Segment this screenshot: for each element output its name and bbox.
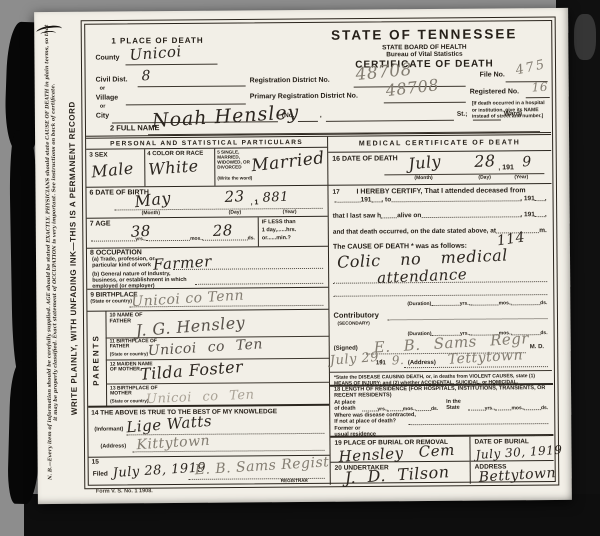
informant-block: 14 THE ABOVE IS TRUE TO THE BEST OF MY K… <box>88 406 329 458</box>
dotted-line <box>173 268 323 270</box>
if-less-line2: 1 day,......hrs. <box>262 228 296 234</box>
rule <box>526 97 550 98</box>
contributory-label: Contributory <box>333 311 378 319</box>
dotted-line <box>129 305 323 308</box>
year-caption: (Year) <box>514 175 528 180</box>
medical-column: MEDICAL CERTIFICATE OF DEATH 16 DATE OF … <box>328 135 554 485</box>
certificate-title: CERTIFICATE OF DEATH <box>313 59 535 72</box>
dotted-line <box>512 304 541 305</box>
marital-note: (Write the word) <box>217 176 252 181</box>
dotted-line <box>408 423 548 425</box>
date-of-birth-row: 6 DATE OF BIRTH May 23 , 1 881 (Month) (… <box>86 186 327 219</box>
write-plainly-note: WRITE PLAINLY, WITH UNFADING INK—THIS IS… <box>68 48 80 468</box>
signed-address-caption: (Address) <box>408 360 436 367</box>
county-label: County <box>95 54 119 62</box>
if-less-cell: IF LESS than 1 day,......hrs. or......mi… <box>258 217 328 247</box>
informant-caption: (Informant) <box>94 427 123 433</box>
printed-comma: , <box>545 195 547 202</box>
father-birthplace-value: Unicoi co Ten <box>147 337 263 358</box>
rule <box>326 120 454 122</box>
certificate-body: PERSONAL AND STATISTICAL PARTICULARS 3 S… <box>86 135 554 487</box>
dotted-line <box>381 217 397 218</box>
rule <box>384 102 466 104</box>
city-label: City <box>96 113 109 121</box>
filed-signature-value: E. B. Sams Regist <box>194 455 329 477</box>
address-caption: (Address) <box>100 444 126 450</box>
alive-text: alive on <box>397 212 421 219</box>
occurred-text: and that death occurred, on the date sta… <box>333 227 496 235</box>
sex-value: Male <box>91 161 135 181</box>
undertaker-address-value: Bettytown <box>478 466 556 485</box>
race-cell: 4 COLOR OR RACE White <box>145 149 215 187</box>
or-label: or <box>100 87 106 93</box>
yrs-caption: yrs., <box>485 406 495 411</box>
registered-no-value: 16 <box>531 81 548 94</box>
printed-m: m. <box>539 227 547 234</box>
yrs-caption: yrs., <box>135 237 145 242</box>
dotted-line <box>391 200 520 202</box>
dotted-line <box>91 240 135 241</box>
printed-191: , 191 <box>520 195 535 202</box>
filed-block: 15 Filed July 28, 1919 E. B. Sams Regist… <box>89 456 330 487</box>
dotted-line <box>535 200 545 201</box>
dotted-line <box>535 216 545 217</box>
scanned-death-certificate-page: { "colors":{"background":"#8d8d8d","pape… <box>0 0 600 536</box>
yrs-caption: yrs., <box>460 301 470 306</box>
occupation-b-label: (b) General nature of Industry, business… <box>92 272 192 291</box>
in-the-line2: State <box>446 406 459 412</box>
dod-year-value: 9 <box>522 155 532 169</box>
dotted-line <box>468 410 484 411</box>
dotted-line <box>416 410 431 411</box>
year-printed: 191 <box>376 360 386 367</box>
informant-address-value: Kittytown <box>136 434 210 452</box>
dotted-line <box>388 318 548 320</box>
signed-address-value: Tettytown <box>447 348 523 367</box>
hospital-note: [If death occurred in a hospital or inst… <box>472 100 550 120</box>
certificate-paper: N. B.—Every item of information should b… <box>34 8 572 504</box>
burial-place-cell: 19 PLACE OF BURIAL OR REMOVAL Hensley Ce… <box>330 437 470 462</box>
ds-caption: ds. <box>540 331 547 336</box>
ds-caption: ds. <box>541 406 548 411</box>
form-number: Form V. S. No. 1 1908. <box>96 489 153 495</box>
dob-year-printed: , 1 <box>251 199 259 207</box>
or-label: or <box>100 105 106 111</box>
year-caption: (Year) <box>283 210 297 215</box>
dotted-line <box>133 450 325 453</box>
sex-cell: 3 SEX Male <box>86 149 145 186</box>
personal-column: PERSONAL AND STATISTICAL PARTICULARS 3 S… <box>86 137 331 487</box>
month-caption: (Month) <box>142 211 160 217</box>
registered-no-label: Registered No. <box>470 88 519 96</box>
mos-caption: mos., <box>511 406 524 411</box>
undertaker-cell: 20 UNDERTAKER J. D. Tilson <box>331 462 471 485</box>
marital-cell: 5 SINGLE, MARRIED, WIDOWED, OR DIVORCED … <box>215 148 327 186</box>
state-or-country-caption: (State or country) <box>90 299 132 305</box>
dob-month-value: May <box>134 190 172 210</box>
dotted-line <box>371 201 381 202</box>
rule <box>106 382 330 385</box>
full-name-value: Noah Hensley <box>151 103 299 131</box>
burial-date-cell: DATE OF BURIAL July 30, 1919 <box>470 436 553 461</box>
ds-caption: ds. <box>540 301 547 306</box>
rule <box>125 64 217 66</box>
street-label: St.; <box>457 111 468 118</box>
residence-block: 18 LENGTH OF RESIDENCE (FOR HOSPITALS, I… <box>330 385 553 438</box>
dotted-line <box>335 202 361 203</box>
dob-year-value: 881 <box>262 191 289 205</box>
certify-blank-line1: 191 , to , 191 , <box>335 192 547 204</box>
dotted-line <box>495 409 511 410</box>
in-state-values: yrs., mos., ds. <box>468 403 548 412</box>
dotted-line <box>404 366 548 368</box>
filed-date-value: July 28, 1919 <box>112 461 206 480</box>
date-of-death-label: 16 DATE OF DEATH <box>332 155 398 163</box>
printed-191: 191 <box>361 196 372 203</box>
dotted-line <box>431 305 460 306</box>
undertaker-address-cell: ADDRESS Bettytown <box>471 461 554 484</box>
printed-191: , 191 <box>520 211 535 218</box>
county-value: Unicoi <box>129 44 182 63</box>
rule <box>138 85 246 87</box>
duration-line: (Duration) yrs., mos., ds. <box>407 297 547 307</box>
date-of-death-row: 16 DATE OF DEATH July 28 , 191 9 (Month)… <box>328 151 551 186</box>
secondary-caption: (SECONDARY) <box>338 321 370 326</box>
primary-district-value: 48708 <box>385 77 440 99</box>
civil-dist-label: Civil Dist. <box>96 76 128 84</box>
medical-section-title: MEDICAL CERTIFICATE OF DEATH <box>328 135 551 153</box>
burial-date-value: July 30, 1919 <box>475 444 562 461</box>
duration-caption: (Duration) <box>407 302 431 308</box>
dotted-line <box>203 239 247 240</box>
dotted-line <box>388 410 403 411</box>
mother-birthplace-value: Unicoi co Ten <box>146 389 255 407</box>
informant-value: Lige Watts <box>126 414 213 436</box>
age-label: 7 AGE <box>90 221 111 229</box>
dod-month-value: July <box>408 154 442 173</box>
registrar-caption: REGISTRAR <box>281 479 308 484</box>
mos-caption: mos., <box>499 301 512 306</box>
dob-day-value: 23 <box>224 189 245 205</box>
if-less-line1: IF LESS than <box>262 220 296 226</box>
scan-artifact-smudge <box>574 14 596 60</box>
parents-caption: PARENTS <box>92 320 101 400</box>
burial-row: 19 PLACE OF BURIAL OR REMOVAL Hensley Ce… <box>330 436 553 463</box>
item-15-label: 15 <box>92 459 99 466</box>
father-birthplace-caption: (State or country) <box>110 352 148 357</box>
margin-note: N. B.—Every item of information should b… <box>44 22 60 482</box>
village-label: Village <box>96 94 119 102</box>
dotted-line <box>362 410 377 411</box>
residence-label: 18 LENGTH OF RESIDENCE (FOR HOSPITALS, I… <box>334 386 546 400</box>
sex-race-marital-row: 3 SEX Male 4 COLOR OR RACE White 5 SINGL… <box>86 148 327 188</box>
age-main-cell: 7 AGE 38 28 yrs., mos., ds. <box>87 217 258 247</box>
ds-caption: ds. <box>248 236 255 241</box>
dotted-line <box>421 216 520 218</box>
dotted-line <box>470 304 499 305</box>
marital-value: Married <box>251 150 326 175</box>
printed-comma: , <box>545 211 547 218</box>
dotted-line <box>195 283 323 285</box>
occupation-row: 8 OCCUPATION (a) Trade, profession, or p… <box>87 247 328 290</box>
age-captions-line: yrs., mos., ds. <box>91 231 255 242</box>
mos-caption: mos., <box>190 236 203 241</box>
age-row: 7 AGE 38 28 yrs., mos., ds. IF LESS than… <box>87 217 328 249</box>
birthplace-row: 9 BIRTHPLACE (State or country) Unicoi c… <box>87 288 328 312</box>
race-value: White <box>148 158 199 178</box>
civil-dist-value: 8 <box>141 69 151 83</box>
dotted-line <box>146 240 190 241</box>
day-caption: (Day) <box>229 210 242 215</box>
month-caption: (Month) <box>414 176 432 182</box>
parents-block: PARENTS 10 NAME OF FATHER J. G. Hensley … <box>87 310 329 408</box>
comma-label: , <box>320 112 322 119</box>
printed-to: , to <box>381 196 391 203</box>
header-section: 1 PLACE OF DEATH County Unicoi Civil Dis… <box>85 21 551 139</box>
signed-year-value: 9. <box>392 354 405 367</box>
bureau-line: Bureau of Vital Statistics <box>313 50 535 59</box>
registration-district-label: Registration District No. <box>250 77 330 85</box>
dod-day-value: 28 <box>474 153 496 170</box>
ds-caption: ds. <box>431 407 438 412</box>
certify-saw-line: that I last saw h alive on , 191 , <box>333 208 547 220</box>
day-caption: (Day) <box>478 176 491 181</box>
saw-text: that I last saw h <box>333 212 381 219</box>
certificate-frame: 1 PLACE OF DEATH County Unicoi Civil Dis… <box>84 20 556 486</box>
state-title: STATE OF TENNESSEE <box>313 27 535 43</box>
rule <box>298 121 318 122</box>
mother-birthplace-caption: (State or country) <box>110 399 148 404</box>
undertaker-row: 20 UNDERTAKER J. D. Tilson ADDRESS Betty… <box>331 461 554 485</box>
undertaker-value: J. D. Tilson <box>344 464 450 486</box>
sex-label: 3 SEX <box>89 152 107 159</box>
primary-district-label: Primary Registration District No. <box>250 93 358 101</box>
state-header: STATE OF TENNESSEE STATE BOARD OF HEALTH… <box>313 27 535 71</box>
dotted-line <box>525 409 541 410</box>
certification-block: 17 I HEREBY CERTIFY, That I attended dec… <box>328 184 553 387</box>
file-no-label: File No. <box>480 71 505 79</box>
filed-label: Filed <box>93 471 108 478</box>
if-less-line3: or......min.? <box>262 236 291 242</box>
md-caption: M. D. <box>530 344 544 351</box>
dod-year-printed: , 191 <box>498 164 514 172</box>
